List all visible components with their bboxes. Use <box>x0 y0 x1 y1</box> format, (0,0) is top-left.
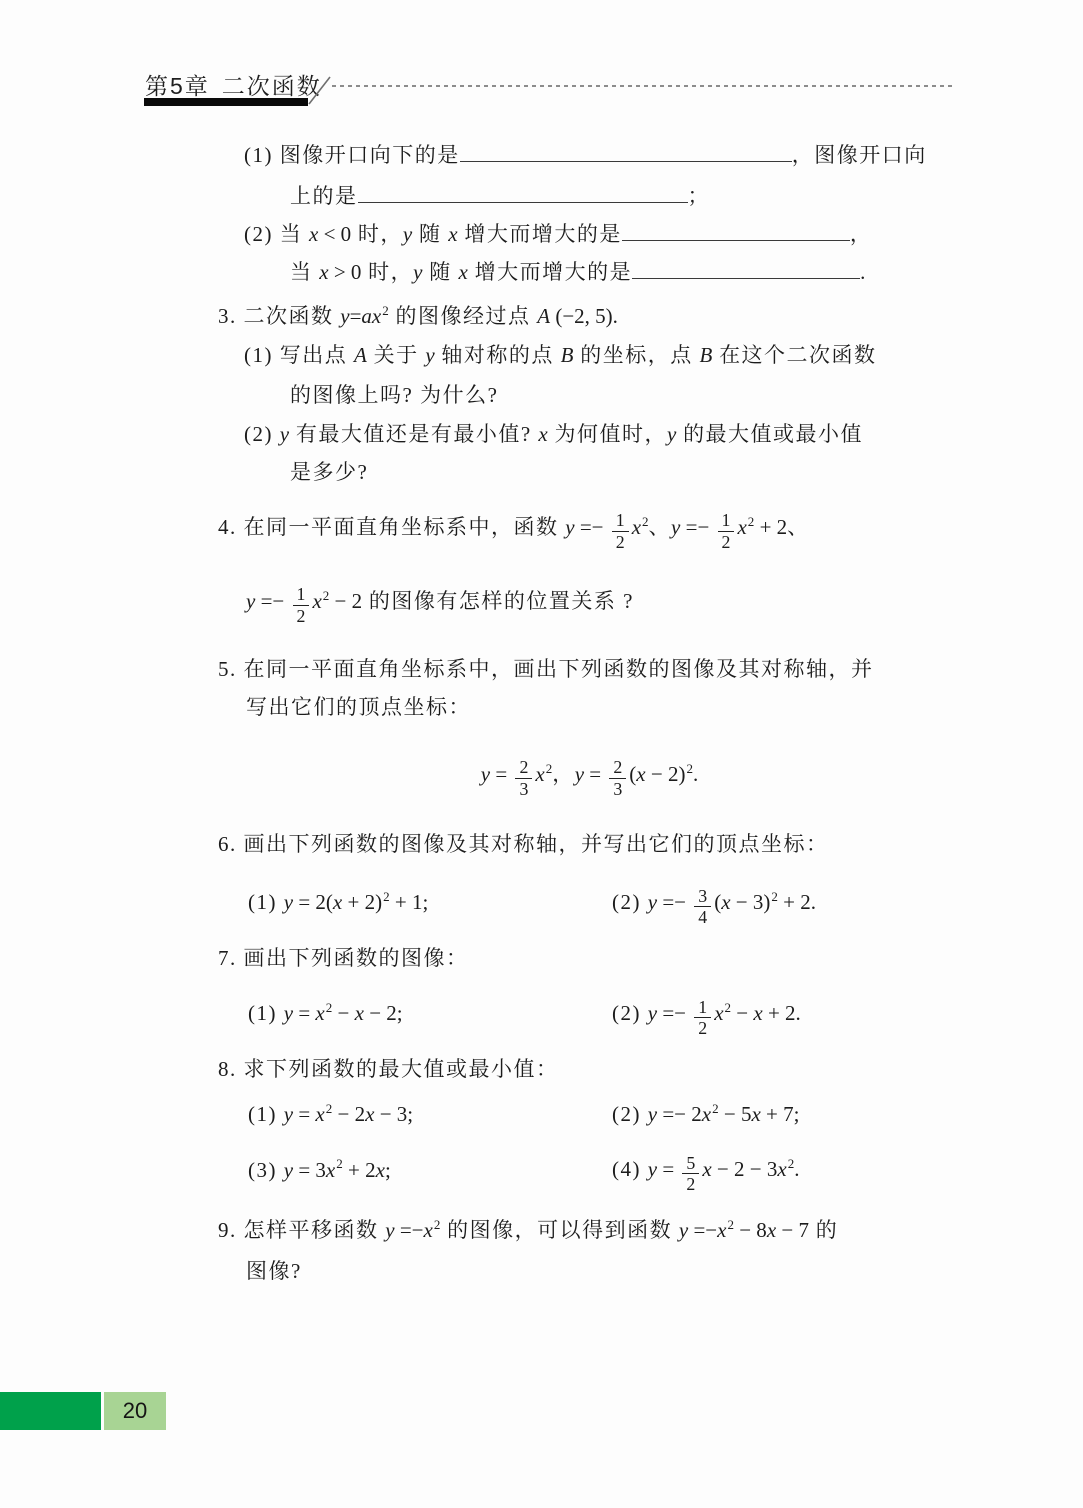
math-run: = <box>657 1158 679 1182</box>
math-var: ax <box>361 304 381 328</box>
text-run: (2) <box>612 1001 648 1025</box>
text-run: (3) <box>248 1158 284 1182</box>
chapter-heading: 第5章二次函数 <box>145 68 322 101</box>
problem-line: (1) 图像开口向下的是，图像开口向 <box>0 136 1083 174</box>
text-run: 在这个二次函数 <box>712 343 876 367</box>
answer-blank <box>632 256 860 279</box>
answer-blank <box>358 180 688 203</box>
text-run: 图像? <box>246 1259 302 1283</box>
line-content: y =− 12x2 − 2 的图像有怎样的位置关系 ? <box>246 589 634 613</box>
text-run: 7. 画出下列函数的图像： <box>218 946 469 970</box>
math-var: x <box>702 1102 711 1126</box>
text-run: 8. 求下列函数的最大值或最小值： <box>218 1057 559 1081</box>
math-var: y <box>284 1102 293 1126</box>
math-var: y <box>403 222 412 246</box>
math-run: ; <box>385 1158 391 1182</box>
fraction-denominator: 2 <box>718 531 735 552</box>
text-run: 的图像有怎样的位置关系 ? <box>362 589 634 613</box>
problem-line: (1) y = 2(x + 2)2 + 1;(2) y =− 34(x − 3)… <box>0 868 1083 931</box>
text-run: ， <box>850 222 873 246</box>
page-number-box: 20 <box>104 1392 166 1430</box>
math-var: x <box>319 260 328 284</box>
text-run: (1) <box>248 1001 284 1025</box>
math-var: x <box>721 890 730 914</box>
math-run: − 2 − 3 <box>712 1158 778 1182</box>
line-content: 当 x > 0 时，y 随 x 增大而增大的是. <box>290 260 865 284</box>
math-run: . <box>860 260 865 284</box>
text-run: 有最大值还是有最小值? <box>289 422 538 446</box>
fraction-numerator: 1 <box>718 511 735 531</box>
math-var: x <box>459 260 468 284</box>
math-var: x <box>315 1102 324 1126</box>
math-var: x <box>717 1218 726 1242</box>
text-run: 上的是 <box>290 184 358 208</box>
text-run: (1) 图像开口向下的是 <box>244 143 460 167</box>
fraction: 34 <box>694 887 711 927</box>
math-run: − 2) <box>646 762 686 786</box>
text-run: (1) <box>248 890 284 914</box>
math-var: y <box>340 304 349 328</box>
problem-line: 是多少? <box>0 453 1083 491</box>
math-run: =− <box>255 589 289 613</box>
math-run: − 8 <box>734 1218 767 1242</box>
problem-line: 的图像上吗? 为什么? <box>0 376 1083 414</box>
line-content: y = 23x2，y = 23(x − 2)2. <box>481 762 698 786</box>
math-run: =− <box>395 1218 424 1242</box>
text-run: 6. 画出下列函数的图像及其对称轴，并写出它们的顶点坐标： <box>218 832 829 856</box>
line-content: (2) y =− 2x2 − 5x + 7; <box>612 1090 799 1133</box>
answer-blank <box>460 139 792 162</box>
math-var: y <box>284 1001 293 1025</box>
math-var: B <box>561 343 574 367</box>
math-var: x <box>448 222 457 246</box>
fraction-numerator: 1 <box>293 585 310 605</box>
math-run: =− 2 <box>657 1102 702 1126</box>
footer-accent-bar <box>0 1392 101 1430</box>
line-content: 的图像上吗? 为什么? <box>290 383 498 407</box>
math-run: + 2 <box>754 515 787 539</box>
fraction-denominator: 2 <box>293 605 310 626</box>
text-run: (2) 当 <box>244 222 309 246</box>
math-run: − 3) <box>731 890 771 914</box>
math-var: y <box>413 260 422 284</box>
math-var: x <box>376 1158 385 1182</box>
line-content: 8. 求下列函数的最大值或最小值： <box>218 1057 559 1081</box>
line-content: (2) y =− 34(x − 3)2 + 2. <box>612 868 816 931</box>
line-content: 4. 在同一平面直角坐标系中，函数 y =− 12x2、y =− 12x2 + … <box>218 515 810 539</box>
math-var: x <box>424 1218 433 1242</box>
fraction-denominator: 2 <box>694 1017 711 1038</box>
problem-line: (1) 写出点 A 关于 y 轴对称的点 B 的坐标，点 B 在这个二次函数 <box>0 336 1083 374</box>
math-run: =− <box>575 515 609 539</box>
math-run: =− <box>657 1001 691 1025</box>
problem-line: (2) 当 x < 0 时，y 随 x 增大而增大的是， <box>0 215 1083 253</box>
problem-line: y = 23x2，y = 23(x − 2)2. <box>0 740 1083 803</box>
text-run: 轴对称的点 <box>435 343 561 367</box>
math-var: y <box>679 1218 688 1242</box>
text-run: 为何值时， <box>548 422 667 446</box>
math-var: x <box>535 762 544 786</box>
math-run: + 2. <box>778 890 816 914</box>
math-run: = <box>490 762 512 786</box>
math-var: A <box>354 343 367 367</box>
text-run: 5. 在同一平面直角坐标系中，画出下列函数的图像及其对称轴，并 <box>218 657 874 681</box>
text-run: (2) <box>612 890 648 914</box>
problem-line: 写出它们的顶点坐标： <box>0 688 1083 726</box>
fraction: 12 <box>293 585 310 625</box>
fraction-numerator: 2 <box>609 758 626 778</box>
fraction: 52 <box>682 1154 699 1194</box>
chapter-label: 第5章 <box>145 73 210 99</box>
math-run: (−2, 5). <box>550 304 618 328</box>
math-var: y <box>385 1218 394 1242</box>
fraction-denominator: 3 <box>515 778 532 799</box>
problem-line: 8. 求下列函数的最大值或最小值： <box>0 1050 1083 1088</box>
math-var: y <box>246 589 255 613</box>
math-run: − 2; <box>364 1001 403 1025</box>
text-run: ， <box>552 762 575 786</box>
text-run: 3. 二次函数 <box>218 304 340 328</box>
problem-line: 上的是； <box>0 177 1083 215</box>
line-content: (1) 图像开口向下的是，图像开口向 <box>244 143 927 167</box>
math-var: x <box>538 422 547 446</box>
problem-line: 4. 在同一平面直角坐标系中，函数 y =− 12x2、y =− 12x2 + … <box>0 493 1083 556</box>
text-run: 的最大值或最小值 <box>676 422 863 446</box>
text-run: (2) <box>244 422 280 446</box>
math-var: y <box>648 1102 657 1126</box>
math-var: x <box>333 890 342 914</box>
fraction-denominator: 3 <box>609 778 626 799</box>
problem-line: 7. 画出下列函数的图像： <box>0 939 1083 977</box>
line-content: 图像? <box>246 1259 302 1283</box>
text-run: 的 <box>809 1218 838 1242</box>
text-run: 的图像经过点 <box>389 304 538 328</box>
text-run: 时， <box>351 222 403 246</box>
math-run: . <box>693 762 698 786</box>
line-content: (2) 当 x < 0 时，y 随 x 增大而增大的是， <box>244 222 872 246</box>
problem-line: (1) y = x2 − 2x − 3;(2) y =− 2x2 − 5x + … <box>0 1090 1083 1133</box>
fraction: 23 <box>515 758 532 798</box>
math-var: x <box>315 1001 324 1025</box>
text-run: ，图像开口向 <box>792 143 927 167</box>
line-content: 6. 画出下列函数的图像及其对称轴，并写出它们的顶点坐标： <box>218 832 829 856</box>
math-var: x <box>737 515 746 539</box>
line-content: 写出它们的顶点坐标： <box>246 695 471 719</box>
slash-divider <box>306 74 342 106</box>
math-run: =− <box>680 515 714 539</box>
math-run: = 3 <box>293 1158 326 1182</box>
text-run: 的图像上吗? 为什么? <box>290 383 498 407</box>
math-run: + 2 <box>343 1158 376 1182</box>
math-var: y <box>565 515 574 539</box>
line-content: 5. 在同一平面直角坐标系中，画出下列函数的图像及其对称轴，并 <box>218 657 874 681</box>
math-var: x <box>702 1158 711 1182</box>
math-run: − 5 <box>719 1102 752 1126</box>
line-content: (4) y = 52x − 2 − 3x2. <box>612 1135 799 1198</box>
text-run: (4) <box>612 1158 648 1182</box>
math-var: x <box>777 1158 786 1182</box>
text-run: 的坐标，点 <box>573 343 699 367</box>
math-run: = 2( <box>293 890 333 914</box>
line-content: (2) y =− 12x2 − x + 2. <box>612 979 801 1042</box>
line-content: 7. 画出下列函数的图像： <box>218 946 469 970</box>
text-run: 是多少? <box>290 460 368 484</box>
text-run: 写出它们的顶点坐标： <box>246 695 471 719</box>
fraction: 12 <box>694 998 711 1038</box>
problem-line: 5. 在同一平面直角坐标系中，画出下列函数的图像及其对称轴，并 <box>0 650 1083 688</box>
text-run: 随 <box>423 260 459 284</box>
math-var: x <box>714 1001 723 1025</box>
chapter-underline-bar <box>144 98 308 106</box>
problem-line: 9. 怎样平移函数 y =−x2 的图像，可以得到函数 y =−x2 − 8x … <box>0 1206 1083 1249</box>
math-var: y <box>667 422 676 446</box>
math-run: =− <box>657 890 691 914</box>
math-var: y <box>575 762 584 786</box>
line-content: (1) 写出点 A 关于 y 轴对称的点 B 的坐标，点 B 在这个二次函数 <box>244 343 877 367</box>
math-run: = <box>584 762 606 786</box>
math-var: y <box>425 343 434 367</box>
text-run: ； <box>688 184 711 208</box>
math-run: = <box>293 1001 315 1025</box>
math-run: =− <box>688 1218 717 1242</box>
math-run: − <box>332 1001 354 1025</box>
line-content: 9. 怎样平移函数 y =−x2 的图像，可以得到函数 y =−x2 − 8x … <box>218 1218 838 1242</box>
math-var: y <box>671 515 680 539</box>
header-dashed-rule <box>332 85 954 87</box>
fraction-denominator: 2 <box>612 531 629 552</box>
text-run: 当 <box>290 260 319 284</box>
slash-line-icon <box>306 74 342 106</box>
problem-line: (2) y 有最大值还是有最小值? x 为何值时，y 的最大值或最小值 <box>0 415 1083 453</box>
math-run: + 7; <box>761 1102 800 1126</box>
line-content: 3. 二次函数 y=ax2 的图像经过点 A (−2, 5). <box>218 304 618 328</box>
fraction: 12 <box>718 511 735 551</box>
line-content: (1) y = x2 − x − 2; <box>248 1001 403 1025</box>
math-run: + 1; <box>390 890 429 914</box>
fraction-denominator: 4 <box>694 906 711 927</box>
math-var: y <box>284 1158 293 1182</box>
problem-line: 6. 画出下列函数的图像及其对称轴，并写出它们的顶点坐标： <box>0 825 1083 863</box>
text-run: 的图像，可以得到函数 <box>440 1218 679 1242</box>
math-run: . <box>794 1158 799 1182</box>
math-var: A <box>537 304 550 328</box>
fraction-numerator: 5 <box>682 1154 699 1174</box>
problem-line: y =− 12x2 − 2 的图像有怎样的位置关系 ? <box>0 567 1083 630</box>
math-var: y <box>648 1001 657 1025</box>
line-content: (1) y = 2(x + 2)2 + 1; <box>248 890 428 914</box>
fraction-denominator: 2 <box>682 1173 699 1194</box>
math-run: + 2. <box>763 1001 801 1025</box>
fraction: 23 <box>609 758 626 798</box>
math-var: x <box>309 222 318 246</box>
problem-line: 当 x > 0 时，y 随 x 增大而增大的是. <box>0 253 1083 291</box>
line-content: (2) y 有最大值还是有最小值? x 为何值时，y 的最大值或最小值 <box>244 422 863 446</box>
problem-line: 图像? <box>0 1252 1083 1290</box>
math-run: − 2 <box>329 589 362 613</box>
math-var: x <box>312 589 321 613</box>
problem-line: 3. 二次函数 y=ax2 的图像经过点 A (−2, 5). <box>0 292 1083 335</box>
math-run: − 2 <box>332 1102 365 1126</box>
line-content: (3) y = 3x2 + 2x; <box>248 1158 391 1182</box>
problems: (1) 图像开口向下的是，图像开口向上的是；(2) 当 x < 0 时，y 随 … <box>0 136 1083 1290</box>
math-run: < 0 <box>318 222 351 246</box>
line-content: 上的是； <box>290 184 710 208</box>
fraction-numerator: 2 <box>515 758 532 778</box>
math-var: B <box>699 343 712 367</box>
math-var: x <box>355 1001 364 1025</box>
math-var: x <box>753 1001 762 1025</box>
math-var: y <box>280 422 289 446</box>
math-run: − 7 <box>776 1218 809 1242</box>
text-run: 增大而增大的是 <box>468 260 632 284</box>
math-var: x <box>751 1102 760 1126</box>
math-var: y <box>648 890 657 914</box>
math-var: x <box>767 1218 776 1242</box>
math-run: = <box>293 1102 315 1126</box>
problem-line: (1) y = x2 − x − 2;(2) y =− 12x2 − x + 2… <box>0 979 1083 1042</box>
fraction-numerator: 3 <box>694 887 711 907</box>
text-run: 、 <box>649 515 672 539</box>
fraction-numerator: 1 <box>694 998 711 1018</box>
math-var: y <box>284 890 293 914</box>
math-run: = <box>350 304 362 328</box>
math-var: x <box>636 762 645 786</box>
math-run: > 0 <box>329 260 362 284</box>
text-run: 9. 怎样平移函数 <box>218 1218 385 1242</box>
text-run: 随 <box>412 222 448 246</box>
text-run: 4. 在同一平面直角坐标系中，函数 <box>218 515 565 539</box>
fraction-numerator: 1 <box>612 511 629 531</box>
math-run: − 3; <box>374 1102 413 1126</box>
line-content: (1) y = x2 − 2x − 3; <box>248 1102 413 1126</box>
text-run: 、 <box>787 515 810 539</box>
text-run: (1) <box>248 1102 284 1126</box>
math-run: + 2) <box>342 890 382 914</box>
line-content: 是多少? <box>290 460 368 484</box>
math-var: y <box>648 1158 657 1182</box>
math-var: x <box>632 515 641 539</box>
fraction: 12 <box>612 511 629 551</box>
page-number: 20 <box>123 1398 147 1424</box>
text-run: 关于 <box>367 343 426 367</box>
text-run: 增大而增大的是 <box>458 222 622 246</box>
math-run: − <box>731 1001 753 1025</box>
answer-blank <box>622 218 850 241</box>
problem-line: (3) y = 3x2 + 2x;(4) y = 52x − 2 − 3x2. <box>0 1135 1083 1198</box>
math-var: x <box>326 1158 335 1182</box>
text-run: (1) 写出点 <box>244 343 354 367</box>
text-run: 时， <box>361 260 413 284</box>
math-var: y <box>481 762 490 786</box>
text-run: (2) <box>612 1102 648 1126</box>
